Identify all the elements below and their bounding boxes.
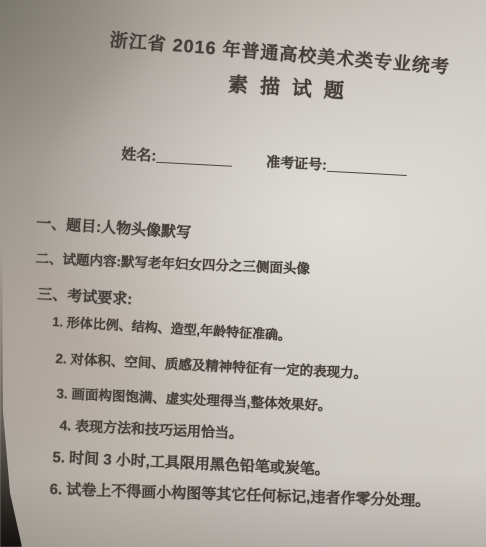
requirement-item-2: 2. 对体积、空间、质感及精神特征有一定的表现力。 (55, 347, 368, 382)
section-requirements: 三、考试要求: (37, 283, 133, 309)
ticket-number-label: 准考证号: (266, 154, 327, 173)
exam-subtitle: 素描试题 (227, 68, 356, 105)
ticket-number-blank-line (326, 158, 407, 176)
section-requirements-label: 三、考试要求: (37, 286, 133, 308)
exam-paper-photo: 浙江省 2016 年普通高校美术类专业统考 素描试题 姓名:准考证号: 一、题目… (0, 0, 486, 547)
requirement-item-3: 3. 画面构图饱满、虚实处理得当,整体效果好。 (56, 382, 332, 414)
name-blank-line (156, 149, 233, 167)
section-topic-label: 一、题目: (36, 215, 102, 236)
section-content: 二、试题内容:默写老年妇女四分之三侧面头像 (35, 247, 310, 278)
name-label: 姓名: (121, 146, 157, 165)
requirement-item-4: 4. 表现方法和技巧运用恰当。 (59, 415, 243, 443)
requirement-item-1: 1. 形体比例、结构、造型,年龄特征准确。 (52, 311, 292, 344)
requirement-item-6: 6. 试卷上不得画小构图等其它任何标记,违者作零分处理。 (49, 478, 430, 511)
candidate-info-row: 姓名:准考证号: (121, 143, 407, 179)
section-content-text: 默写老年妇女四分之三侧面头像 (121, 254, 310, 276)
section-content-label: 二、试题内容: (35, 251, 121, 269)
section-topic: 一、题目:人物头像默写 (36, 212, 192, 243)
photo-left-edge-shadow (0, 247, 22, 547)
requirement-item-5: 5. 时间 3 小时,工具限用黑色铅笔或炭笔。 (52, 446, 330, 480)
section-topic-text: 人物头像默写 (101, 219, 192, 242)
